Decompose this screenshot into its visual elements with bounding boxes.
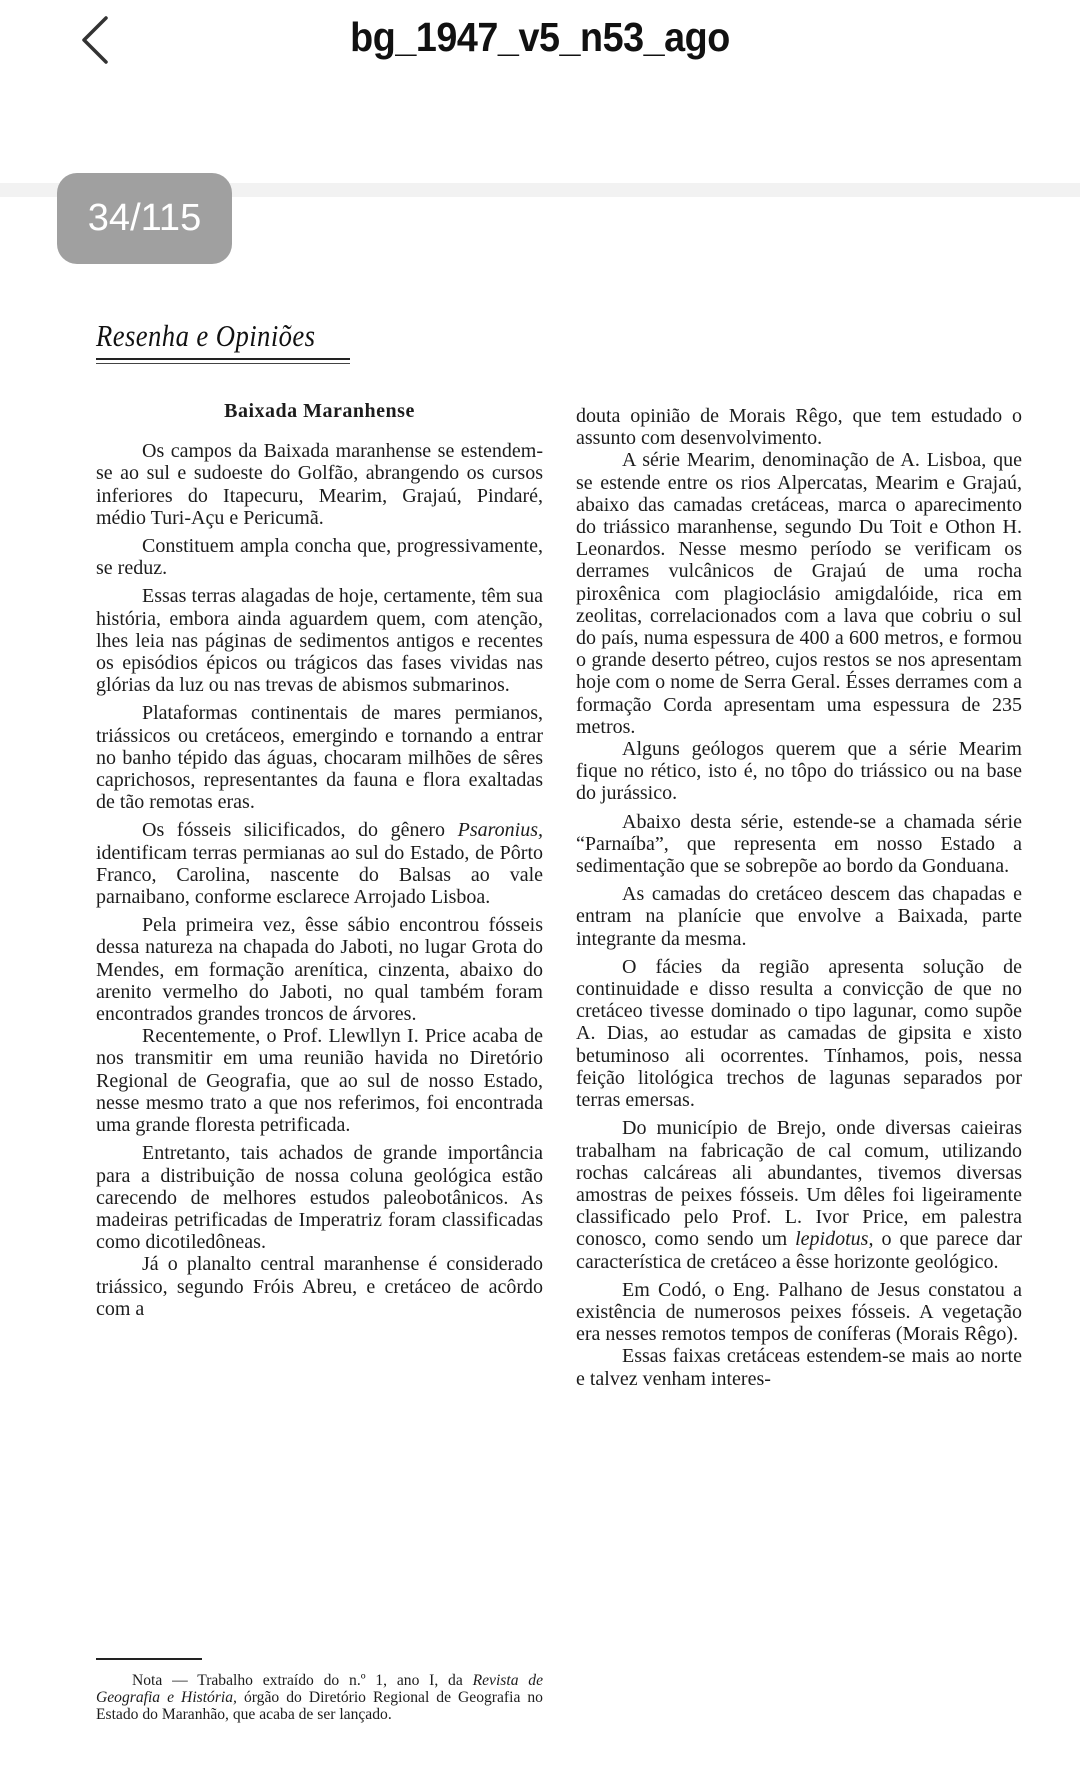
paragraph: As camadas do cretáceo descem das chapad… [576,883,1022,950]
paragraph: Os campos da Baixada maranhense se esten… [96,440,543,529]
section-heading-rule [96,358,350,364]
paragraph: douta opinião de Morais Rêgo, que tem es… [576,405,1022,449]
paragraph: Recentemente, o Prof. Llewllyn I. Price … [96,1025,543,1136]
paragraph: Constituem ampla concha que, progressiva… [96,535,543,579]
paragraph-text: identificam terras permianas ao sul do E… [96,842,543,908]
genus-name: lepidotus, [795,1228,873,1250]
paragraph-text: Os fósseis silicificados, do gênero [142,819,445,841]
app-header: bg_1947_v5_n53_ago [0,0,1080,90]
paragraph: Os fósseis silicificados, do gênero Psar… [96,819,543,908]
paragraph: Do município de Brejo, onde diversas cai… [576,1117,1022,1272]
paragraph: Já o planalto central maranhense é consi… [96,1253,543,1320]
paragraph: O fácies da região apresenta solução de … [576,956,1022,1111]
article-column-right: douta opinião de Morais Rêgo, que tem es… [576,405,1022,1396]
paragraph: Plataformas continentais de mares permia… [96,702,543,813]
section-heading-label: Resenha e Opiniões [96,318,315,354]
paragraph: Pela primeira vez, êsse sábio encontrou … [96,914,543,1025]
paragraph: Abaixo desta série, estende-se a chamada… [576,811,1022,878]
paragraph: Essas terras alagadas de hoje, certament… [96,585,543,696]
genus-name: Psaronius, [458,819,543,841]
document-title: bg_1947_v5_n53_ago [43,14,1037,61]
footnote: Nota — Trabalho extraído do n.º 1, ano I… [96,1672,543,1723]
paragraph: Entretanto, tais achados de grande impor… [96,1142,543,1253]
article-column-left: Baixada Maranhense Os campos da Baixada … [96,400,543,1326]
page-indicator-badge: 34/115 [57,173,232,264]
paragraph: A série Mearim, denominação de A. Lisboa… [576,449,1022,738]
paragraph: Essas faixas cretáceas estendem-se mais … [576,1345,1022,1389]
article-title: Baixada Maranhense [96,400,543,422]
paragraph: Em Codó, o Eng. Palhano de Jesus constat… [576,1279,1022,1346]
paragraph: Alguns geólogos querem que a série Meari… [576,738,1022,805]
section-heading: Resenha e Opiniões [96,318,350,364]
footnote-divider [96,1658,202,1660]
footnote-text: Nota — Trabalho extraído do n.º 1, ano I… [132,1672,463,1689]
